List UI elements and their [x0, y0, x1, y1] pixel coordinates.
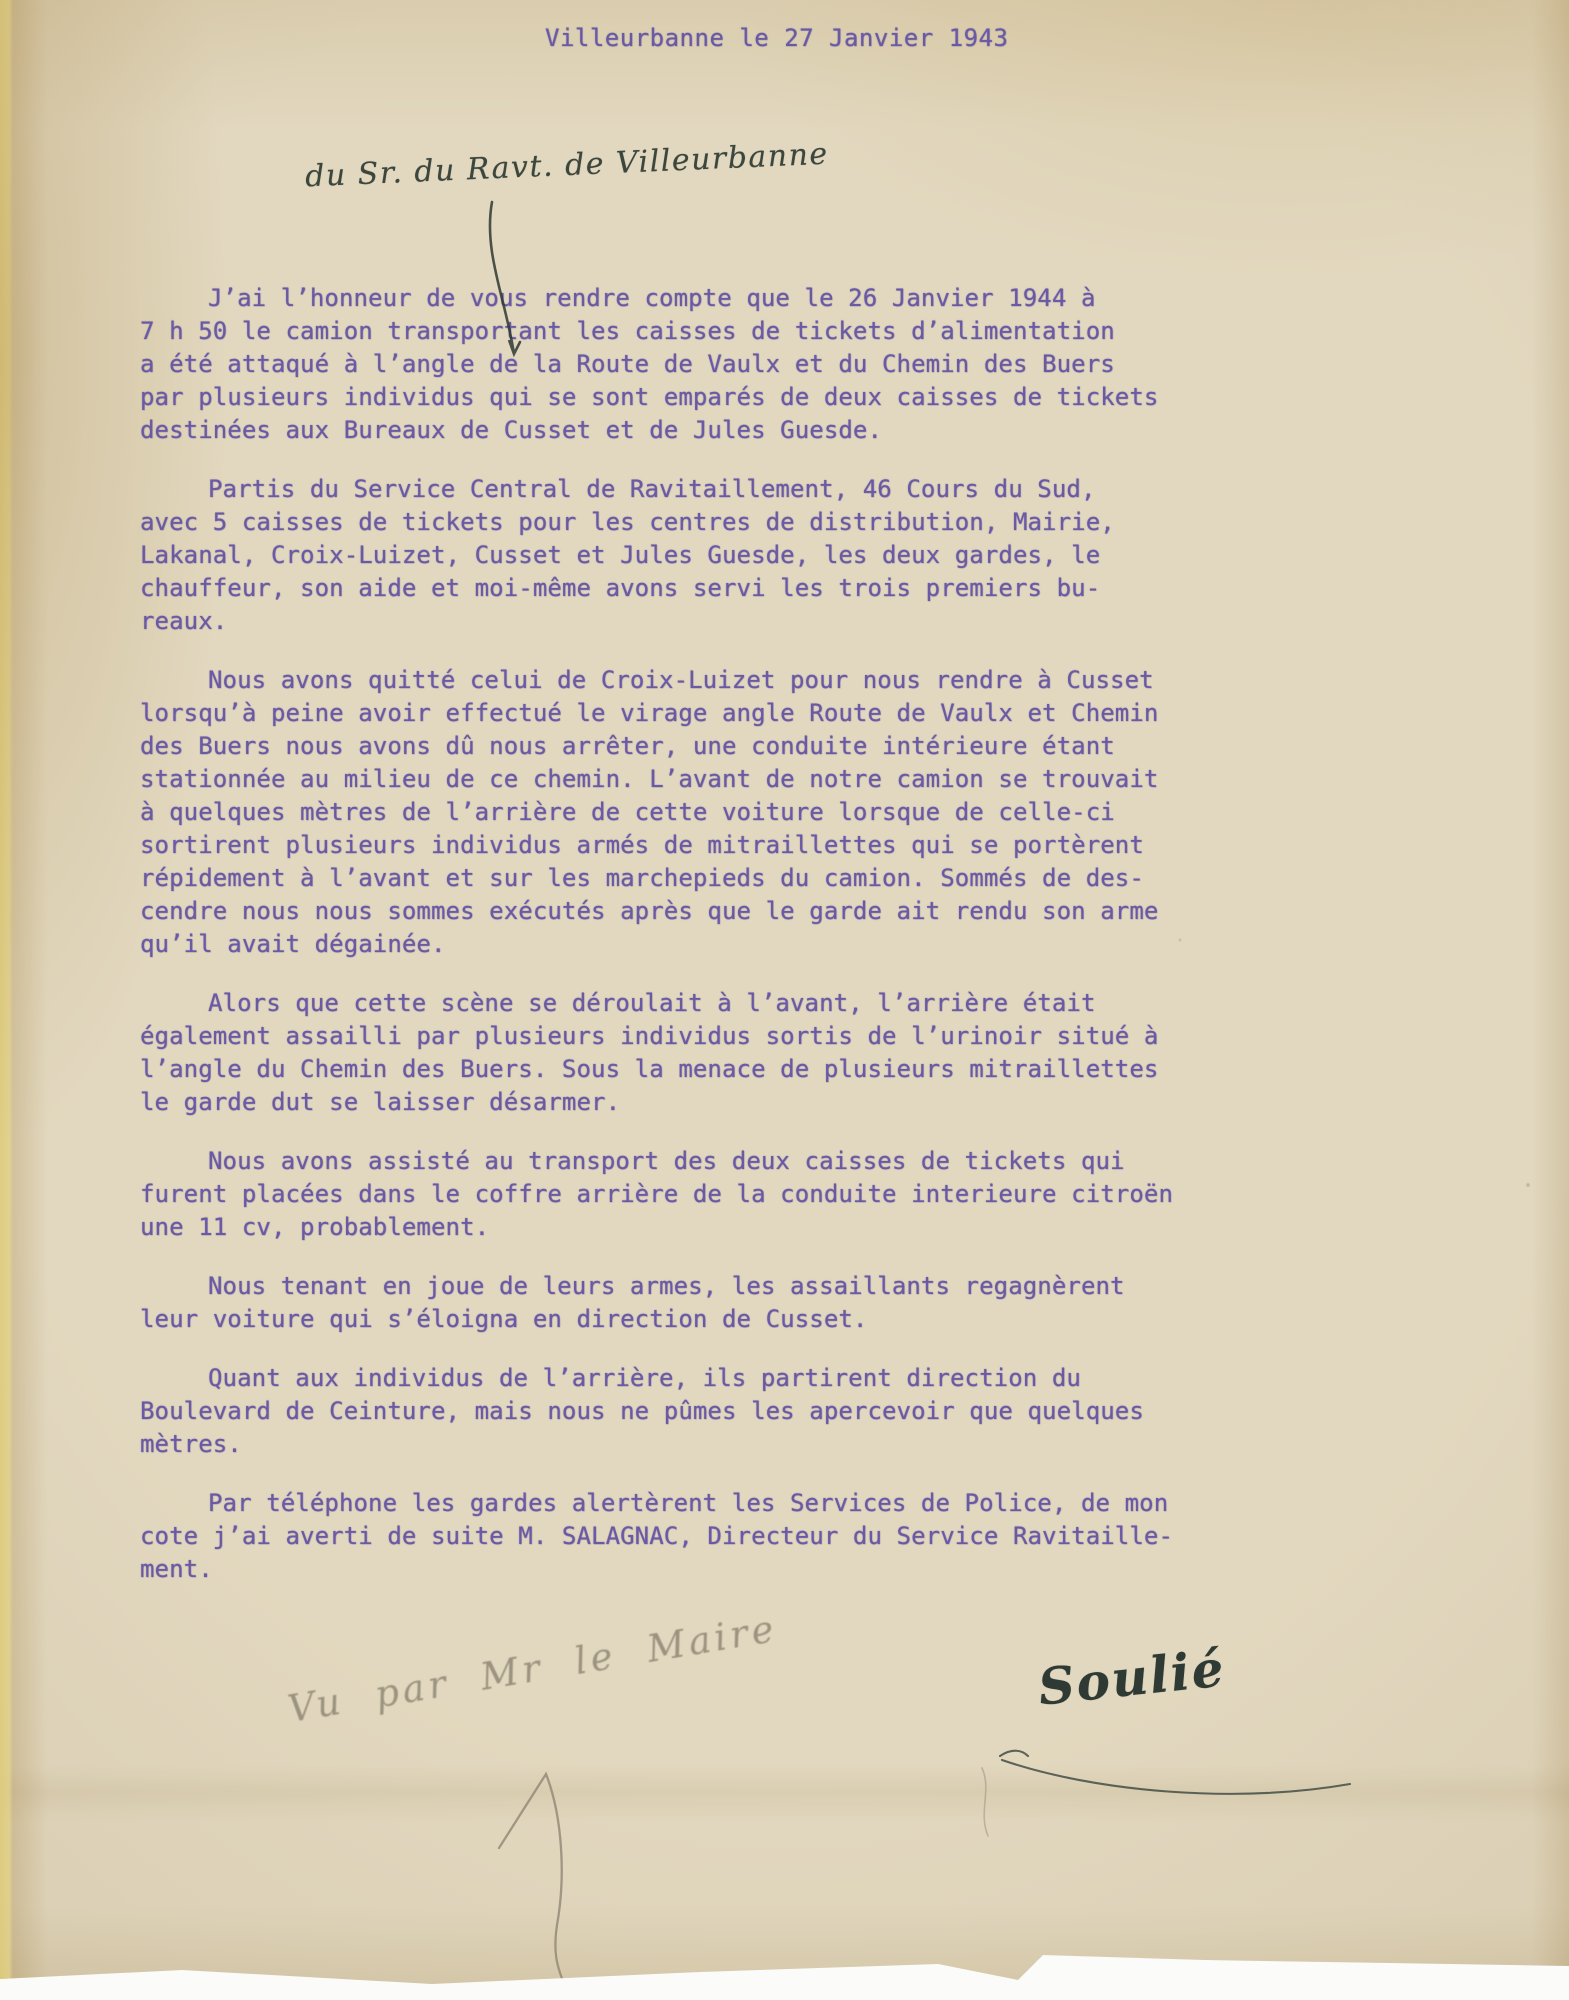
text-line: Quant aux individus de l’arrière, ils pa…	[140, 1362, 1192, 1395]
paragraph: J’ai l’honneur de vous rendre compte que…	[140, 282, 1192, 447]
text-line: Alors que cette scène se déroulait à l’a…	[140, 987, 1192, 1020]
text-line: reaux.	[140, 605, 1192, 638]
handwritten-annotation: du Sr. du Ravt. de Villeurbanne	[304, 137, 829, 195]
text-line: Par téléphone les gardes alertèrent les …	[140, 1487, 1192, 1520]
text-line: une 11 cv, probablement.	[140, 1211, 1192, 1244]
pencil-stroke	[499, 1774, 563, 1981]
text-line: sortirent plusieurs individus armés de m…	[140, 829, 1192, 862]
text-line: destinées aux Bureaux de Cusset et de Ju…	[140, 414, 1192, 447]
text-line: a été attaqué à l’angle de la Route de V…	[140, 348, 1192, 381]
text-line: Nous avons quitté celui de Croix-Luizet …	[140, 664, 1192, 697]
pencil-stroke	[982, 1768, 988, 1836]
paragraph: Nous tenant en joue de leurs armes, les …	[140, 1270, 1192, 1336]
paragraph: Nous avons assisté au transport des deux…	[140, 1145, 1192, 1244]
text-line: Partis du Service Central de Ravitaillem…	[140, 473, 1192, 506]
text-line: Nous tenant en joue de leurs armes, les …	[140, 1270, 1192, 1303]
text-line: J’ai l’honneur de vous rendre compte que…	[140, 282, 1192, 315]
text-line: répidement à l’avant et sur les marchepi…	[140, 862, 1192, 895]
signature: Soulié	[1035, 1638, 1228, 1716]
letter-page: Villeurbanne le 27 Janvier 1943 du Sr. d…	[0, 0, 1569, 2000]
text-line: stationnée au milieu de ce chemin. L’ava…	[140, 763, 1192, 796]
text-line: mètres.	[140, 1428, 1192, 1461]
pencil-note: Vu par Mr le Maire	[285, 1607, 781, 1731]
text-line: cote j’ai averti de suite M. SALAGNAC, D…	[140, 1520, 1192, 1553]
text-line: 7 h 50 le camion transportant les caisse…	[140, 315, 1192, 348]
text-line: l’angle du Chemin des Buers. Sous la men…	[140, 1053, 1192, 1086]
text-line: par plusieurs individus qui se sont empa…	[140, 381, 1192, 414]
dateline: Villeurbanne le 27 Janvier 1943	[545, 24, 1008, 52]
letter-body: J’ai l’honneur de vous rendre compte que…	[140, 282, 1192, 1612]
text-line: Nous avons assisté au transport des deux…	[140, 1145, 1192, 1178]
paragraph: Nous avons quitté celui de Croix-Luizet …	[140, 664, 1192, 961]
text-line: des Buers nous avons dû nous arrêter, un…	[140, 730, 1192, 763]
text-line: qu’il avait dégainée.	[140, 928, 1192, 961]
paragraph: Alors que cette scène se déroulait à l’a…	[140, 987, 1192, 1119]
text-line: furent placées dans le coffre arrière de…	[140, 1178, 1192, 1211]
text-line: lorsqu’à peine avoir effectué le virage …	[140, 697, 1192, 730]
paragraph: Partis du Service Central de Ravitaillem…	[140, 473, 1192, 638]
text-line: Boulevard de Ceinture, mais nous ne pûme…	[140, 1395, 1192, 1428]
ink-flourish	[1000, 1751, 1350, 1794]
text-line: ment.	[140, 1553, 1192, 1586]
text-line: cendre nous nous sommes exécutés après q…	[140, 895, 1192, 928]
paragraph: Quant aux individus de l’arrière, ils pa…	[140, 1362, 1192, 1461]
text-line: leur voiture qui s’éloigna en direction …	[140, 1303, 1192, 1336]
text-line: avec 5 caisses de tickets pour les centr…	[140, 506, 1192, 539]
text-line: à quelques mètres de l’arrière de cette …	[140, 796, 1192, 829]
text-line: Lakanal, Croix-Luizet, Cusset et Jules G…	[140, 539, 1192, 572]
text-line: le garde dut se laisser désarmer.	[140, 1086, 1192, 1119]
paragraph: Par téléphone les gardes alertèrent les …	[140, 1487, 1192, 1586]
text-line: également assailli par plusieurs individ…	[140, 1020, 1192, 1053]
text-line: chauffeur, son aide et moi-même avons se…	[140, 572, 1192, 605]
